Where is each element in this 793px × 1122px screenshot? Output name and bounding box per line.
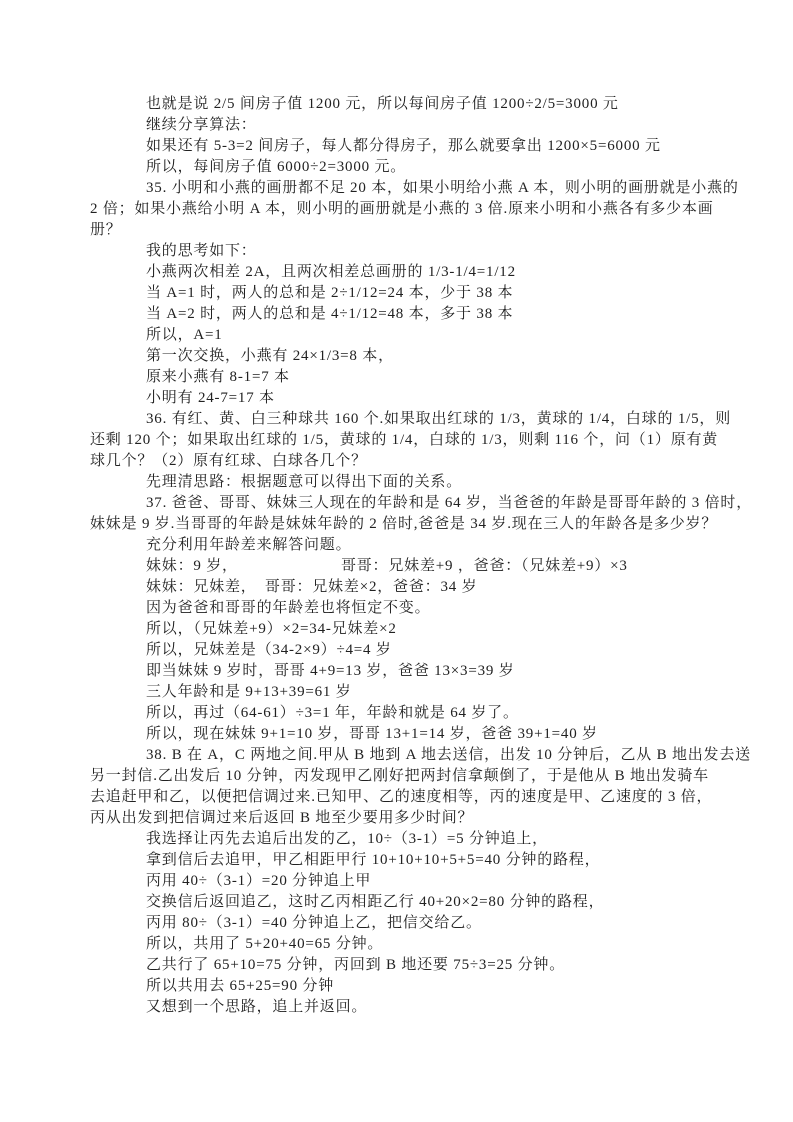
text-line: 2 倍；如果小燕给小明 A 本，则小明的画册就是小燕的 3 倍.原来小明和小燕各… <box>90 199 720 220</box>
text-line: 所以，再过（64-61）÷3=1 年，年龄和就是 64 岁了。 <box>90 703 720 724</box>
text-line: 小燕两次相差 2A，且两次相差总画册的 1/3-1/4=1/12 <box>90 262 720 283</box>
text-line: 去追赶甲和乙，以便把信调过来.已知甲、乙的速度相等，丙的速度是甲、乙速度的 3 … <box>90 787 720 808</box>
text-line: 继续分享算法： <box>90 115 720 136</box>
text-line: 还剩 120 个；如果取出红球的 1/5，黄球的 1/4，白球的 1/3，则剩 … <box>90 430 720 451</box>
text-line: 所以，（兄妹差+9）×2=34-兄妹差×2 <box>90 619 720 640</box>
text-line: 原来小燕有 8-1=7 本 <box>90 367 720 388</box>
text-line: 充分利用年龄差来解答问题。 <box>90 535 720 556</box>
text-line: 第一次交换，小燕有 24×1/3=8 本， <box>90 346 720 367</box>
text-line: 妹妹：兄妹差， 哥哥：兄妹差×2，爸爸：34 岁 <box>90 577 720 598</box>
text-line: 如果还有 5-3=2 间房子，每人都分得房子，那么就要拿出 1200×5=600… <box>90 136 720 157</box>
text-line: 册？ <box>90 220 720 241</box>
text-line: 我选择让丙先去追后出发的乙，10÷（3-1）=5 分钟追上， <box>90 829 720 850</box>
text-line: 小明有 24-7=17 本 <box>90 388 720 409</box>
text-line: 另一封信.乙出发后 10 分钟，丙发现甲乙刚好把两封信拿颠倒了，于是他从 B 地… <box>90 766 720 787</box>
text-line: 拿到信后去追甲，甲乙相距甲行 10+10+10+5+5=40 分钟的路程， <box>90 850 720 871</box>
text-line: 36. 有红、黄、白三种球共 160 个.如果取出红球的 1/3，黄球的 1/4… <box>90 409 720 430</box>
text-line: 又想到一个思路，追上并返回。 <box>90 997 720 1018</box>
document-page: 也就是说 2/5 间房子值 1200 元，所以每间房子值 1200÷2/5=30… <box>0 0 793 1122</box>
text-line: 乙共行了 65+10=75 分钟，丙回到 B 地还要 75÷3=25 分钟。 <box>90 955 720 976</box>
text-line: 球几个？（2）原有红球、白球各几个？ <box>90 451 720 472</box>
text-line: 所以，兄妹差是（34-2×9）÷4=4 岁 <box>90 640 720 661</box>
text-line: 也就是说 2/5 间房子值 1200 元，所以每间房子值 1200÷2/5=30… <box>90 94 720 115</box>
text-line: 先理清思路：根据题意可以得出下面的关系。 <box>90 472 720 493</box>
text-line: 所以，A=1 <box>90 325 720 346</box>
text-line: 妹妹是 9 岁.当哥哥的年龄是妹妹年龄的 2 倍时,爸爸是 34 岁.现在三人的… <box>90 514 720 535</box>
text-line: 所以，现在妹妹 9+1=10 岁，哥哥 13+1=14 岁，爸爸 39+1=40… <box>90 724 720 745</box>
text-line: 丙用 80÷（3-1）=40 分钟追上乙，把信交给乙。 <box>90 913 720 934</box>
text-line: 所以，共用了 5+20+40=65 分钟。 <box>90 934 720 955</box>
text-line: 因为爸爸和哥哥的年龄差也将恒定不变。 <box>90 598 720 619</box>
text-line: 所以，每间房子值 6000÷2=3000 元。 <box>90 157 720 178</box>
text-line: 35. 小明和小燕的画册都不足 20 本，如果小明给小燕 A 本，则小明的画册就… <box>90 178 720 199</box>
text-line: 丙从出发到把信调过来后返回 B 地至少要用多少时间？ <box>90 808 720 829</box>
document-lines: 也就是说 2/5 间房子值 1200 元，所以每间房子值 1200÷2/5=30… <box>90 94 720 1018</box>
text-line: 所以共用去 65+25=90 分钟 <box>90 976 720 997</box>
text-line: 即当妹妹 9 岁时，哥哥 4+9=13 岁，爸爸 13×3=39 岁 <box>90 661 720 682</box>
text-line: 38. B 在 A，C 两地之间.甲从 B 地到 A 地去送信，出发 10 分钟… <box>90 745 720 766</box>
text-line: 37. 爸爸、哥哥、妹妹三人现在的年龄和是 64 岁，当爸爸的年龄是哥哥年龄的 … <box>90 493 720 514</box>
text-line: 我的思考如下： <box>90 241 720 262</box>
text-line: 三人年龄和是 9+13+39=61 岁 <box>90 682 720 703</box>
text-line: 交换信后返回追乙，这时乙丙相距乙行 40+20×2=80 分钟的路程， <box>90 892 720 913</box>
text-line: 当 A=2 时，两人的总和是 4÷1/12=48 本，多于 38 本 <box>90 304 720 325</box>
text-line: 丙用 40÷（3-1）=20 分钟追上甲 <box>90 871 720 892</box>
text-line: 妹妹：9 岁， 哥哥：兄妹差+9 ，爸爸：（兄妹差+9）×3 <box>90 556 720 577</box>
text-line: 当 A=1 时，两人的总和是 2÷1/12=24 本，少于 38 本 <box>90 283 720 304</box>
